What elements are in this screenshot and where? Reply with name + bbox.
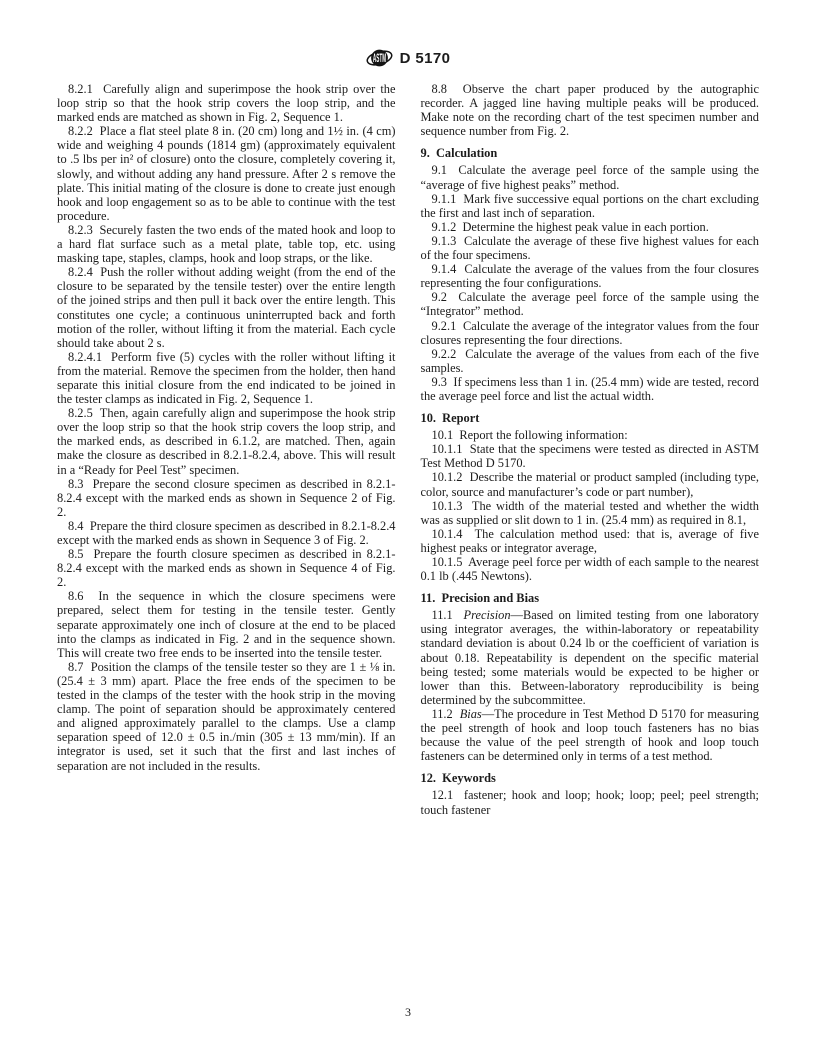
paragraph-12.1: 12.1 fastener; hook and loop; hook; loop…	[421, 788, 760, 816]
document-page: ASTM D 5170 8.2.1 Carefully align and su…	[0, 0, 816, 1056]
text-run: 10.1.4 The calculation method used: that…	[421, 527, 760, 555]
page-header: ASTM D 5170	[0, 47, 816, 69]
text-run: 12.1 fastener; hook and loop; hook; loop…	[421, 788, 760, 816]
paragraph-8.5: 8.5 Prepare the fourth closure specimen …	[57, 547, 396, 589]
paragraph-10.1.2: 10.1.2 Describe the material or product …	[421, 470, 760, 498]
text-run: Bias	[460, 707, 482, 721]
text-run: 11.2	[432, 707, 460, 721]
paragraph-9.1.2: 9.1.2 Determine the highest peak value i…	[421, 220, 760, 234]
text-run: 9.1.3 Calculate the average of these fiv…	[421, 234, 760, 262]
section-heading-10: 10. Report	[421, 411, 760, 425]
paragraph-8.2.3: 8.2.3 Securely fasten the two ends of th…	[57, 223, 396, 265]
paragraph-8.4: 8.4 Prepare the third closure specimen a…	[57, 519, 396, 547]
text-run: 10.1.1 State that the specimens were tes…	[421, 442, 760, 470]
text-run: 8.2.2 Place a flat steel plate 8 in. (20…	[57, 124, 396, 223]
text-run: 8.2.4 Push the roller without adding wei…	[57, 265, 396, 349]
text-run: 10.1.3 The width of the material tested …	[421, 499, 760, 527]
text-run: 9. Calculation	[421, 146, 498, 160]
text-run: 11. Precision and Bias	[421, 591, 540, 605]
paragraph-10.1.5: 10.1.5 Average peel force per width of e…	[421, 555, 760, 583]
paragraph-8.7: 8.7 Position the clamps of the tensile t…	[57, 660, 396, 773]
text-run: 8.8 Observe the chart paper produced by …	[421, 82, 760, 138]
text-run: 8.6 In the sequence in which the closure…	[57, 589, 396, 659]
text-run: 10.1.5 Average peel force per width of e…	[421, 555, 760, 583]
astm-logo-icon: ASTM	[366, 47, 393, 69]
text-run: 10. Report	[421, 411, 480, 425]
paragraph-8.2.4.1: 8.2.4.1 Perform five (5) cycles with the…	[57, 350, 396, 406]
paragraph-8.2.1: 8.2.1 Carefully align and superimpose th…	[57, 82, 396, 124]
left-column: 8.2.1 Carefully align and superimpose th…	[57, 82, 396, 817]
paragraph-8.2.2: 8.2.2 Place a flat steel plate 8 in. (20…	[57, 124, 396, 223]
text-run: 8.4 Prepare the third closure specimen a…	[57, 519, 396, 547]
paragraph-8.2.4: 8.2.4 Push the roller without adding wei…	[57, 265, 396, 350]
text-run: 9.2 Calculate the average peel force of …	[421, 290, 760, 318]
text-run: 8.3 Prepare the second closure specimen …	[57, 477, 396, 519]
section-heading-9: 9. Calculation	[421, 146, 760, 160]
paragraph-9.2.1: 9.2.1 Calculate the average of the integ…	[421, 319, 760, 347]
text-run: 9.2.2 Calculate the average of the value…	[421, 347, 760, 375]
section-heading-12: 12. Keywords	[421, 771, 760, 785]
text-run: 8.2.1 Carefully align and superimpose th…	[57, 82, 396, 124]
page-footer: 3	[0, 1005, 816, 1020]
text-run: 10.1 Report the following information:	[432, 428, 628, 442]
text-run: 8.2.3 Securely fasten the two ends of th…	[57, 223, 396, 265]
paragraph-8.2.5: 8.2.5 Then, again carefully align and su…	[57, 406, 396, 476]
two-column-body: 8.2.1 Carefully align and superimpose th…	[57, 82, 759, 817]
paragraph-8.8: 8.8 Observe the chart paper produced by …	[421, 82, 760, 138]
text-run: 8.5 Prepare the fourth closure specimen …	[57, 547, 396, 589]
right-column: 8.8 Observe the chart paper produced by …	[421, 82, 760, 817]
text-run: 9.1.2 Determine the highest peak value i…	[432, 220, 709, 234]
document-number: D 5170	[400, 50, 451, 67]
text-run: 8.7 Position the clamps of the tensile t…	[57, 660, 396, 773]
text-run: 9.1.1 Mark five successive equal portion…	[421, 192, 760, 220]
paragraph-9.1.4: 9.1.4 Calculate the average of the value…	[421, 262, 760, 290]
text-run: 9.1.4 Calculate the average of the value…	[421, 262, 760, 290]
page-number: 3	[405, 1005, 411, 1019]
svg-text:ASTM: ASTM	[373, 52, 386, 65]
text-run: 9.2.1 Calculate the average of the integ…	[421, 319, 760, 347]
paragraph-10.1.1: 10.1.1 State that the specimens were tes…	[421, 442, 760, 470]
text-run: Precision	[464, 608, 511, 622]
paragraph-9.1: 9.1 Calculate the average peel force of …	[421, 163, 760, 191]
text-run: 9.1 Calculate the average peel force of …	[421, 163, 760, 191]
paragraph-9.2.2: 9.2.2 Calculate the average of the value…	[421, 347, 760, 375]
text-run: 9.3 If specimens less than 1 in. (25.4 m…	[421, 375, 760, 403]
paragraph-11.2: 11.2 Bias—The procedure in Test Method D…	[421, 707, 760, 763]
text-run: 8.2.5 Then, again carefully align and su…	[57, 406, 396, 476]
text-run: 10.1.2 Describe the material or product …	[421, 470, 760, 498]
paragraph-10.1.3: 10.1.3 The width of the material tested …	[421, 499, 760, 527]
paragraph-9.1.3: 9.1.3 Calculate the average of these fiv…	[421, 234, 760, 262]
paragraph-8.6: 8.6 In the sequence in which the closure…	[57, 589, 396, 659]
text-run: 8.2.4.1 Perform five (5) cycles with the…	[57, 350, 396, 406]
paragraph-10.1: 10.1 Report the following information:	[421, 428, 760, 442]
section-heading-11: 11. Precision and Bias	[421, 591, 760, 605]
paragraph-9.2: 9.2 Calculate the average peel force of …	[421, 290, 760, 318]
paragraph-10.1.4: 10.1.4 The calculation method used: that…	[421, 527, 760, 555]
text-run: 11.1	[432, 608, 464, 622]
paragraph-9.1.1: 9.1.1 Mark five successive equal portion…	[421, 192, 760, 220]
paragraph-9.3: 9.3 If specimens less than 1 in. (25.4 m…	[421, 375, 760, 403]
paragraph-8.3: 8.3 Prepare the second closure specimen …	[57, 477, 396, 519]
text-run: —Based on limited testing from one labor…	[421, 608, 760, 707]
paragraph-11.1: 11.1 Precision—Based on limited testing …	[421, 608, 760, 707]
text-run: 12. Keywords	[421, 771, 496, 785]
